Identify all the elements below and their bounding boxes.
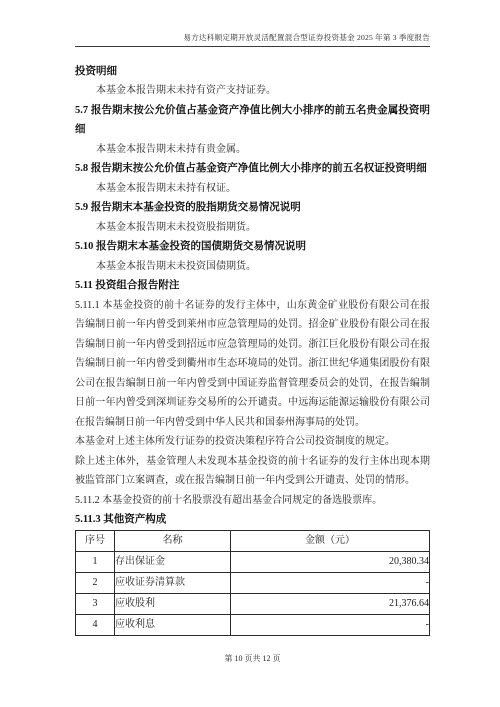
other-assets-table: 序号 名称 金额（元） 1 存出保证金 20,380.34 2 应收证券清算款 …: [75, 530, 430, 636]
heading-5-11: 5.11 投资组合报告附注: [75, 276, 430, 296]
table-row: 4 应收利息 -: [76, 614, 430, 635]
page-content: 易方达科顺定期开放灵活配置混合型证券投资基金 2025 年第 3 季度报告 投资…: [75, 0, 430, 664]
heading-5-11-3: 5.11.3 其他资产构成: [75, 510, 430, 530]
heading-continued-investment-detail: 投资明细: [75, 62, 430, 82]
col-header-name: 名称: [115, 530, 231, 551]
table-header-row: 序号 名称 金额（元）: [76, 530, 430, 551]
cell-amount: -: [231, 614, 430, 635]
cell-name: 应收证券清算款: [115, 572, 231, 593]
heading-5-7: 5.7 报告期末按公允价值占基金资产净值比例大小排序的前五名贵金属投资明细: [75, 101, 430, 140]
note-5-9: 本基金本报告期末未投资股指期货。: [75, 218, 430, 238]
note-5-7: 本基金本报告期末未持有贵金属。: [75, 140, 430, 160]
report-title: 易方达科顺定期开放灵活配置混合型证券投资基金 2025 年第 3 季度报告: [75, 33, 430, 47]
note-5-10: 本基金本报告期末未投资国债期货。: [75, 257, 430, 277]
cell-amount: -: [231, 572, 430, 593]
cell-serial: 4: [76, 614, 115, 635]
col-header-serial: 序号: [76, 530, 115, 551]
table-row: 2 应收证券清算款 -: [76, 572, 430, 593]
table-row: 3 应收股利 21,376.64: [76, 593, 430, 614]
cell-name: 应收利息: [115, 614, 231, 635]
note-5-8: 本基金本报告期末未持有权证。: [75, 179, 430, 199]
heading-5-10: 5.10 报告期末本基金投资的国债期货交易情况说明: [75, 237, 430, 257]
cell-serial: 2: [76, 572, 115, 593]
paragraph-5-11-1-other-issuers: 除上述主体外，基金管理人未发现本基金投资的前十名证券的发行主体出现本期被监管部门…: [75, 452, 430, 491]
cell-serial: 1: [76, 551, 115, 572]
heading-5-9: 5.9 报告期末本基金投资的股指期货交易情况说明: [75, 198, 430, 218]
cell-name: 应收股利: [115, 593, 231, 614]
cell-amount: 20,380.34: [231, 551, 430, 572]
heading-5-8: 5.8 报告期末按公允价值占基金资产净值比例大小排序的前五名权证投资明细: [75, 159, 430, 179]
report-page: 易方达科顺定期开放灵活配置混合型证券投资基金 2025 年第 3 季度报告 投资…: [0, 0, 500, 707]
cell-name: 存出保证金: [115, 551, 231, 572]
cell-amount: 21,376.64: [231, 593, 430, 614]
note-asset-backed-securities: 本基金本报告期末未持有资产支持证券。: [75, 81, 430, 101]
page-number: 第 10 页共 12 页: [75, 654, 430, 664]
paragraph-5-11-1-compliance: 本基金对上述主体所发行证券的投资决策程序符合公司投资制度的规定。: [75, 432, 430, 452]
table-row: 1 存出保证金 20,380.34: [76, 551, 430, 572]
col-header-amount: 金额（元）: [231, 530, 430, 551]
paragraph-5-11-1: 5.11.1 本基金投资的前十名证券的发行主体中，山东黄金矿业股份有限公司在报告…: [75, 296, 430, 433]
paragraph-5-11-2: 5.11.2 本基金投资的前十名股票没有超出基金合同规定的备选股票库。: [75, 491, 430, 511]
page-header: 易方达科顺定期开放灵活配置混合型证券投资基金 2025 年第 3 季度报告: [75, 0, 430, 47]
cell-serial: 3: [76, 593, 115, 614]
